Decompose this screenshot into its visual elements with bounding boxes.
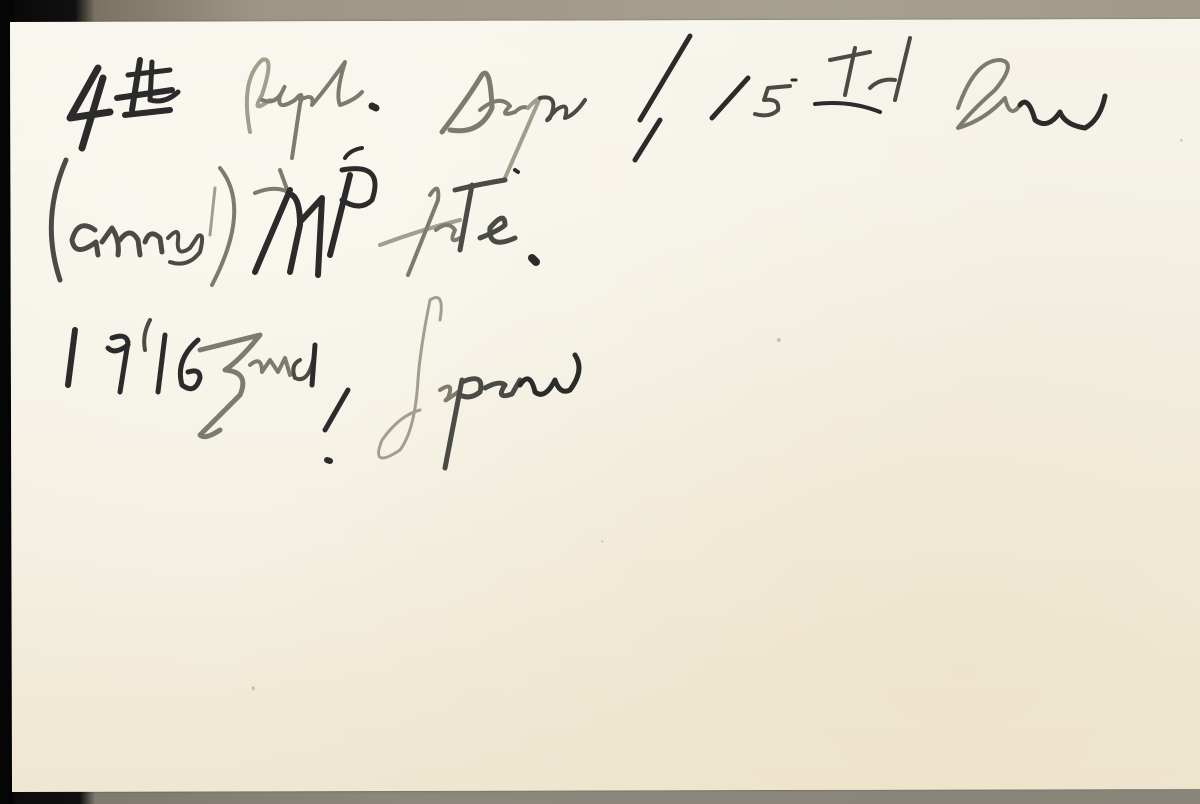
paper-speck [252, 686, 255, 690]
photo-scan: 4th Repl. Depot, 15th Bn (annex) MP Gate… [0, 0, 1200, 804]
paper-speck [1180, 139, 1182, 142]
handwriting-region-line-3 [60, 295, 1150, 475]
handwriting-region-line-2 [45, 155, 965, 290]
paper-speck [601, 540, 603, 542]
backdrop-surface-bottom [0, 790, 1200, 804]
handwriting-region-line-1 [60, 35, 1120, 150]
